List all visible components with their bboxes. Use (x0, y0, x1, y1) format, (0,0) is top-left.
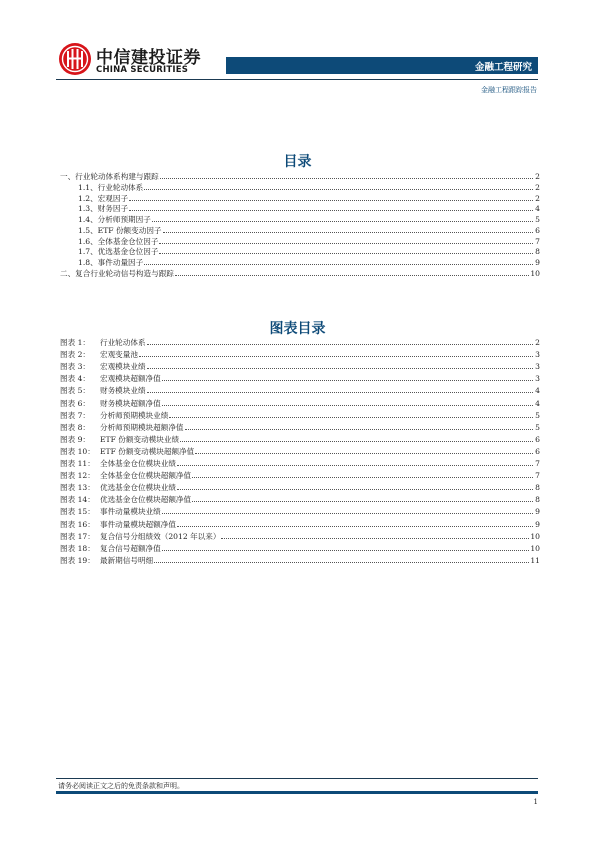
figure-title: 事件动量模块业绩 (100, 507, 161, 516)
figure-entry-page: 2 (534, 337, 540, 348)
figure-entry[interactable]: 图表 3：宏观模块业绩3 (60, 361, 540, 372)
figure-entry[interactable]: 图表 7：分析师预期模块业绩5 (60, 410, 540, 421)
toc-entry-label: 1.2、宏观因子 (78, 193, 128, 204)
leader-dots (180, 441, 533, 442)
figure-entry-label: 图表 12：全体基金仓位模块超额净值 (60, 470, 191, 481)
toc-entry[interactable]: 1.6、全体基金仓位因子7 (78, 236, 540, 247)
figure-entry-page: 7 (534, 470, 540, 481)
citic-logo-icon (58, 42, 92, 76)
leader-dots (162, 550, 530, 551)
leader-dots (163, 232, 533, 233)
figure-entry-label: 图表 18：复合信号超额净值 (60, 543, 161, 554)
figure-entry-label: 图表 9：ETF 份额变动模块业绩 (60, 434, 179, 445)
figure-entry-label: 图表 7：分析师预期模块业绩 (60, 410, 168, 421)
header-divider (56, 79, 538, 80)
disclaimer-note: 请务必阅读正文之后的免责条款和声明。 (58, 781, 184, 791)
leader-dots (159, 253, 533, 254)
figure-number: 图表 13： (60, 482, 100, 493)
toc-entry[interactable]: 1.5、ETF 份额变动因子6 (78, 225, 540, 236)
leader-dots (159, 243, 533, 244)
toc-entry-label: 1.1、行业轮动体系 (78, 182, 143, 193)
figure-number: 图表 17： (60, 531, 100, 542)
figure-entry-page: 6 (534, 434, 540, 445)
figure-entry-label: 图表 8：分析师预期模块超额净值 (60, 422, 184, 433)
figure-entry[interactable]: 图表 18：复合信号超额净值10 (60, 543, 540, 554)
leader-dots (144, 189, 533, 190)
figure-entry-page: 9 (534, 506, 540, 517)
figure-entry-page: 3 (534, 373, 540, 384)
figure-entry-label: 图表 15：事件动量模块业绩 (60, 506, 161, 517)
figure-entry[interactable]: 图表 4：宏观模块超额净值3 (60, 373, 540, 384)
figure-number: 图表 19： (60, 555, 100, 566)
figure-entry-page: 5 (534, 422, 540, 433)
footer-bar (56, 791, 538, 794)
figure-number: 图表 3： (60, 361, 100, 372)
figure-title: 全体基金仓位模块超额净值 (100, 471, 191, 480)
leader-dots (221, 538, 529, 539)
figure-title: 分析师预期模块超额净值 (100, 423, 184, 432)
figure-number: 图表 12： (60, 470, 100, 481)
figure-number: 图表 4： (60, 373, 100, 384)
figure-entry-page: 4 (534, 398, 540, 409)
figure-title: 财务模块超额净值 (100, 399, 161, 408)
leader-dots (192, 477, 533, 478)
leader-dots (129, 200, 533, 201)
figure-title: ETF 份额变动模块业绩 (100, 435, 179, 444)
toc-entry[interactable]: 1.8、事件动量因子9 (78, 257, 540, 268)
figure-number: 图表 14： (60, 494, 100, 505)
figure-entry-page: 6 (534, 446, 540, 457)
leader-dots (162, 405, 533, 406)
toc-entry-page: 9 (534, 257, 540, 268)
figure-title: 优选基金仓位模块业绩 (100, 483, 176, 492)
figure-entry-page: 5 (534, 410, 540, 421)
leader-dots (144, 264, 533, 265)
figure-entry[interactable]: 图表 17：复合信号分组绩效（2012 年以来）10 (60, 531, 540, 542)
figure-entry-page: 3 (534, 349, 540, 360)
leader-dots (177, 526, 533, 527)
figure-number: 图表 1： (60, 337, 100, 348)
figure-entry[interactable]: 图表 16：事件动量模块超额净值9 (60, 519, 540, 530)
page-number: 1 (534, 798, 538, 806)
figure-title: 分析师预期模块业绩 (100, 411, 168, 420)
figure-entry-label: 图表 17：复合信号分组绩效（2012 年以来） (60, 531, 220, 542)
toc-entry-label: 1.4、分析师预期因子 (78, 214, 151, 225)
figures-title: 图表目录 (0, 318, 595, 338)
figure-number: 图表 9： (60, 434, 100, 445)
figure-title: 最新期信号明细 (100, 556, 153, 565)
toc-title: 目录 (0, 151, 595, 171)
toc-entry-page: 4 (534, 203, 540, 214)
figure-entry-page: 9 (534, 519, 540, 530)
figure-entry[interactable]: 图表 11：全体基金仓位模块业绩7 (60, 458, 540, 469)
leader-dots (169, 417, 533, 418)
toc-entry-page: 8 (534, 246, 540, 257)
leader-dots (177, 465, 533, 466)
toc-entry[interactable]: 1.7、优选基金仓位因子8 (78, 246, 540, 257)
logo-english-name: CHINA SECURITIES (96, 65, 188, 75)
figure-title: 事件动量模块超额净值 (100, 520, 176, 529)
leader-dots (154, 562, 529, 563)
figure-entry-page: 10 (530, 543, 540, 554)
report-type-label: 金融工程跟踪报告 (481, 85, 537, 95)
toc-entry[interactable]: 二、复合行业轮动信号构造与跟踪10 (60, 268, 540, 279)
figure-entry[interactable]: 图表 5：财务模块业绩4 (60, 385, 540, 396)
toc-entry-page: 7 (534, 236, 540, 247)
leader-dots (162, 380, 533, 381)
leader-dots (147, 344, 533, 345)
leader-dots (129, 210, 533, 211)
figure-number: 图表 5： (60, 385, 100, 396)
toc-entry-label: 1.7、优选基金仓位因子 (78, 246, 158, 257)
figure-entry-page: 4 (534, 385, 540, 396)
figure-entry-label: 图表 3：宏观模块业绩 (60, 361, 146, 372)
leader-dots (185, 429, 533, 430)
leader-dots (162, 513, 533, 514)
toc-entry[interactable]: 1.3、财务因子4 (78, 203, 540, 214)
toc-entry-page: 2 (534, 193, 540, 204)
figure-entry-page: 10 (530, 531, 540, 542)
leader-dots (195, 453, 533, 454)
figure-number: 图表 16： (60, 519, 100, 530)
figure-title: 优选基金仓位模块超额净值 (100, 495, 191, 504)
toc-entry-label: 1.6、全体基金仓位因子 (78, 236, 158, 247)
figure-entry-label: 图表 11：全体基金仓位模块业绩 (60, 458, 176, 469)
figure-title: 宏观模块超额净值 (100, 374, 161, 383)
figure-title: 行业轮动体系 (100, 338, 146, 347)
leader-dots (152, 221, 533, 222)
leader-dots (175, 275, 529, 276)
toc-entry-label: 二、复合行业轮动信号构造与跟踪 (60, 268, 174, 279)
toc-entry-page: 6 (534, 225, 540, 236)
figure-entry[interactable]: 图表 2：宏观变量池3 (60, 349, 540, 360)
figure-number: 图表 15： (60, 506, 100, 517)
figure-title: ETF 份额变动模块超额净值 (100, 447, 194, 456)
figure-entry[interactable]: 图表 10：ETF 份额变动模块超额净值6 (60, 446, 540, 457)
toc-entry-label: 1.8、事件动量因子 (78, 257, 143, 268)
leader-dots (160, 178, 533, 179)
toc-entry-page: 5 (534, 214, 540, 225)
toc-entry[interactable]: 1.4、分析师预期因子5 (78, 214, 540, 225)
figure-title: 财务模块业绩 (100, 386, 146, 395)
figure-entry-label: 图表 10：ETF 份额变动模块超额净值 (60, 446, 194, 457)
figure-title: 宏观变量池 (100, 350, 138, 359)
toc-entry-label: 1.3、财务因子 (78, 203, 128, 214)
figure-entry-label: 图表 13：优选基金仓位模块业绩 (60, 482, 176, 493)
figure-title: 宏观模块业绩 (100, 362, 146, 371)
figure-entry[interactable]: 图表 13：优选基金仓位模块业绩8 (60, 482, 540, 493)
figure-entry-page: 11 (530, 555, 540, 566)
toc-entry[interactable]: 1.2、宏观因子2 (78, 193, 540, 204)
figure-entry[interactable]: 图表 8：分析师预期模块超额净值5 (60, 422, 540, 433)
figure-entry-page: 3 (534, 361, 540, 372)
footer-divider (56, 778, 538, 779)
figure-number: 图表 8： (60, 422, 100, 433)
figure-entry-label: 图表 5：财务模块业绩 (60, 385, 146, 396)
figure-number: 图表 18： (60, 543, 100, 554)
leader-dots (147, 368, 533, 369)
figure-entry-label: 图表 1：行业轮动体系 (60, 337, 146, 348)
figure-title: 复合信号超额净值 (100, 544, 161, 553)
figure-entry-label: 图表 2：宏观变量池 (60, 349, 138, 360)
toc-entry-label: 1.5、ETF 份额变动因子 (78, 225, 162, 236)
figure-entry-page: 8 (534, 482, 540, 493)
header-banner-title: 金融工程研究 (475, 59, 532, 73)
toc-entry-page: 2 (534, 182, 540, 193)
figure-entry[interactable]: 图表 9：ETF 份额变动模块业绩6 (60, 434, 540, 445)
figure-entry-label: 图表 16：事件动量模块超额净值 (60, 519, 176, 530)
figure-entry-label: 图表 4：宏观模块超额净值 (60, 373, 161, 384)
leader-dots (177, 489, 533, 490)
figure-entry[interactable]: 图表 12：全体基金仓位模块超额净值7 (60, 470, 540, 481)
leader-dots (139, 356, 533, 357)
figure-entry[interactable]: 图表 19：最新期信号明细11 (60, 555, 540, 566)
leader-dots (147, 392, 533, 393)
figure-entry[interactable]: 图表 14：优选基金仓位模块超额净值8 (60, 494, 540, 505)
figure-number: 图表 11： (60, 458, 100, 469)
figure-title: 全体基金仓位模块业绩 (100, 459, 176, 468)
figure-number: 图表 6： (60, 398, 100, 409)
toc-entry[interactable]: 一、行业轮动体系构建与跟踪2 (60, 171, 540, 182)
figure-entry-label: 图表 19：最新期信号明细 (60, 555, 153, 566)
leader-dots (192, 501, 533, 502)
figure-number: 图表 7： (60, 410, 100, 421)
toc-entry[interactable]: 1.1、行业轮动体系2 (78, 182, 540, 193)
header-banner: 金融工程研究 (226, 57, 538, 74)
figure-entry-label: 图表 6：财务模块超额净值 (60, 398, 161, 409)
figure-entry[interactable]: 图表 6：财务模块超额净值4 (60, 398, 540, 409)
figure-entry-label: 图表 14：优选基金仓位模块超额净值 (60, 494, 191, 505)
figure-title: 复合信号分组绩效（2012 年以来） (100, 532, 220, 541)
figure-entry-page: 8 (534, 494, 540, 505)
toc-entry-label: 一、行业轮动体系构建与跟踪 (60, 171, 159, 182)
toc-entry-page: 2 (534, 171, 540, 182)
figure-number: 图表 10： (60, 446, 100, 457)
figure-number: 图表 2： (60, 349, 100, 360)
toc-entry-page: 10 (530, 268, 540, 279)
figure-entry-page: 7 (534, 458, 540, 469)
figure-entry[interactable]: 图表 15：事件动量模块业绩9 (60, 506, 540, 517)
figure-entry[interactable]: 图表 1：行业轮动体系2 (60, 337, 540, 348)
